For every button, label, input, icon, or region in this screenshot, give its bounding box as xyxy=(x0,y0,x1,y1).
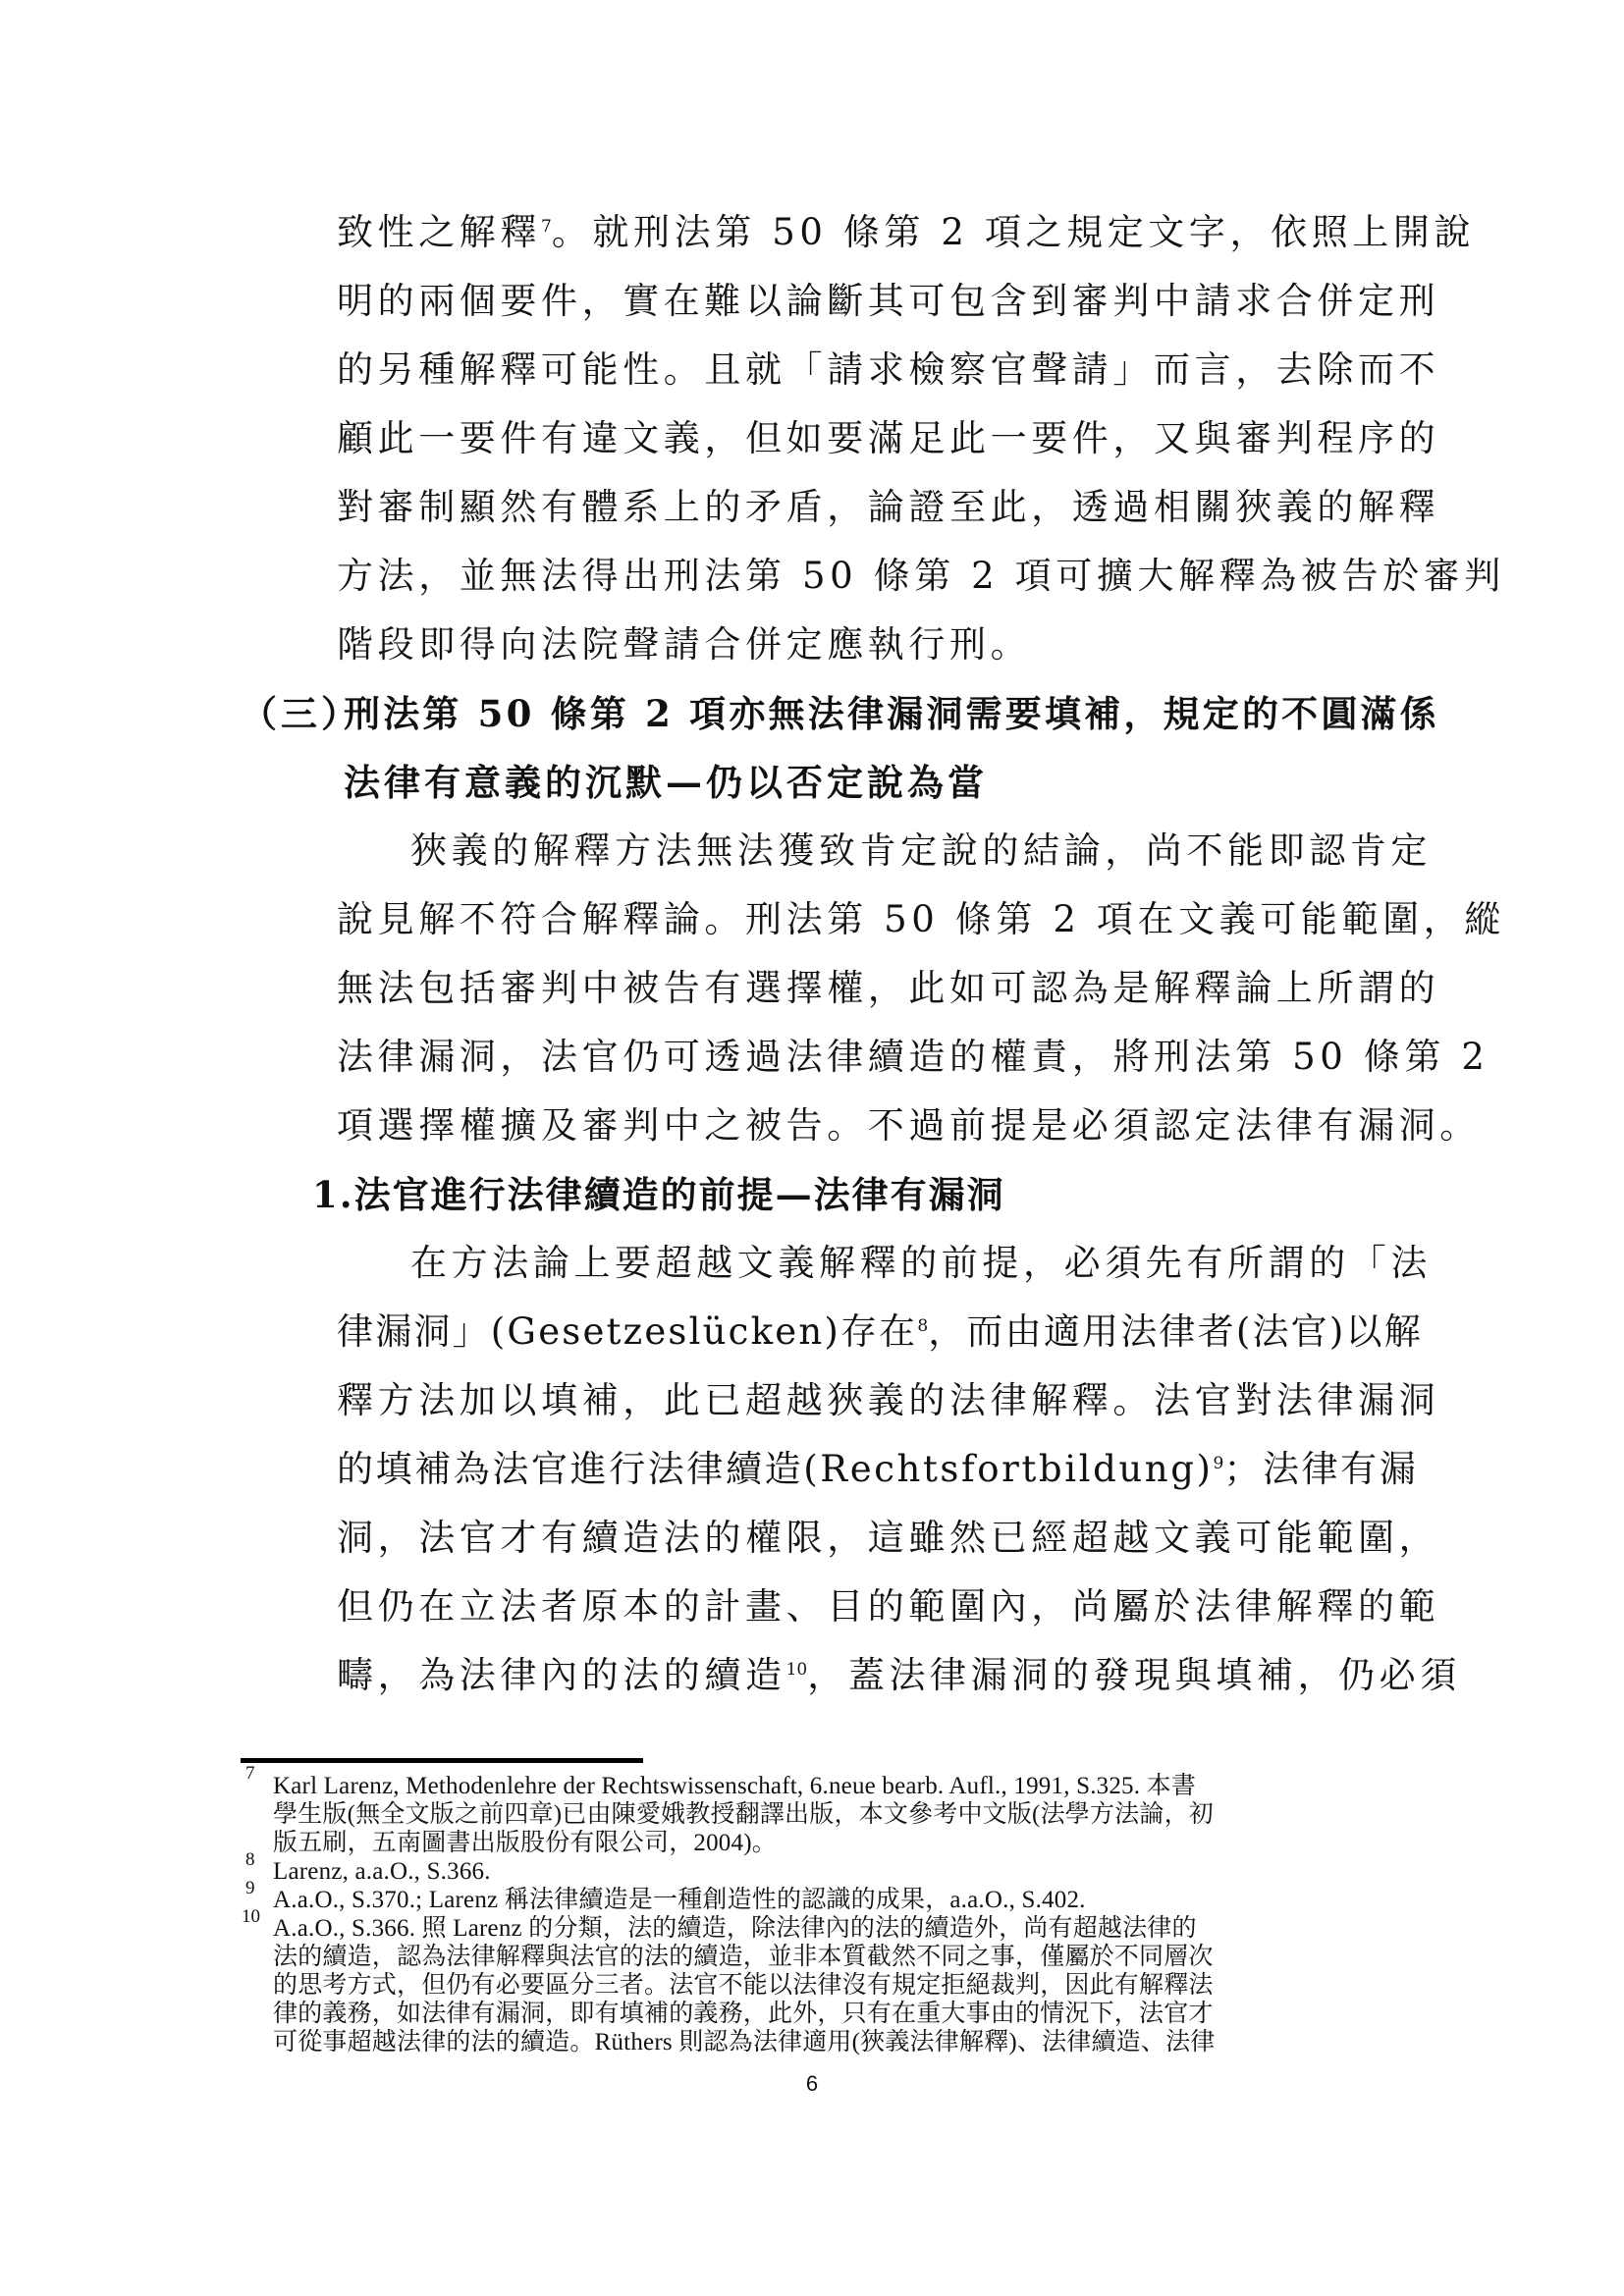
body-line: 方法，並無法得出刑法第 50 條第 2 項可擴大解釋為被告於審判 xyxy=(337,552,1385,601)
footnote-7-line: 版五刷，五南圖書出版股份有限公司，2004)。 xyxy=(273,1830,1392,1856)
body-line: 狹義的解釋方法無法獲致肯定說的結論，尚不能即認肯定 xyxy=(410,827,1385,876)
footnote-8-line: Larenz, a.a.O., S.366. xyxy=(273,1858,1392,1885)
body-line: 法律漏洞，法官仍可透過法律續造的權責，將刑法第 50 條第 2 xyxy=(337,1033,1385,1082)
body-line: 釋方法加以填補，此已超越狹義的法律解釋。法官對法律漏洞 xyxy=(337,1376,1385,1425)
footnote-7-line: Karl Larenz, Methodenlehre der Rechtswis… xyxy=(273,1773,1392,1799)
subsection-heading: 1.法官進行法律續造的前提—法律有漏洞 xyxy=(312,1170,1005,1219)
section-heading-title-cont: 法律有意義的沉默—仍以否定說為當 xyxy=(344,758,988,807)
body-line: 致性之解釋7。就刑法第 50 條第 2 項之規定文字，依照上開說 xyxy=(337,208,1385,257)
body-line: 的填補為法官進行法律續造(Rechtsfortbildung)9；法律有漏 xyxy=(337,1445,1385,1494)
footnote-number: 9 xyxy=(245,1878,255,1899)
body-line: 無法包括審判中被告有選擇權，此如可認為是解釋論上所謂的 xyxy=(337,964,1385,1013)
footnote-number: 7 xyxy=(245,1763,255,1785)
page-number: 6 xyxy=(0,2071,1624,2097)
footnote-ref-9[interactable]: 9 xyxy=(1214,1454,1224,1473)
body-line: 在方法論上要超越文義解釋的前提，必須先有所謂的「法 xyxy=(410,1239,1385,1288)
footnote-7-line: 學生版(無全文版之前四章)已由陳愛娥教授翻譯出版，本文參考中文版(法學方法論，初 xyxy=(273,1801,1392,1828)
footnote-10-line: 的思考方式，但仍有必要區分三者。法官不能以法律沒有規定拒絕裁判，因此有解釋法 xyxy=(273,1972,1392,1999)
footnote-ref-8[interactable]: 8 xyxy=(917,1316,928,1336)
footnote-ref-7[interactable]: 7 xyxy=(541,217,552,237)
body-line: 律漏洞」(Gesetzeslücken)存在8，而由適用法律者(法官)以解 xyxy=(337,1308,1385,1357)
footnote-10-line: A.a.O., S.366. 照 Larenz 的分類，法的續造，除法律內的法的… xyxy=(273,1915,1392,1942)
body-line: 的另種解釋可能性。且就「請求檢察官聲請」而言，去除而不 xyxy=(337,346,1385,395)
body-line: 對審制顯然有體系上的矛盾，論證至此，透過相關狹義的解釋 xyxy=(337,483,1385,532)
footnote-separator xyxy=(241,1758,643,1763)
body-line: 疇，為法律內的法的續造10，蓋法律漏洞的發現與填補，仍必須 xyxy=(337,1651,1385,1700)
body-line: 項選擇權擴及審判中之被告。不過前提是必須認定法律有漏洞。 xyxy=(337,1101,1385,1150)
footnote-9-line: A.a.O., S.370.; Larenz 稱法律續造是一種創造性的認識的成果… xyxy=(273,1887,1392,1913)
footnote-10-line: 可從事超越法律的法的續造。Rüthers 則認為法律適用(狹義法律解釋)、法律續… xyxy=(273,2029,1392,2056)
footnote-number: 10 xyxy=(242,1906,260,1928)
footnote-number: 8 xyxy=(245,1849,255,1871)
footnote-10-line: 法的續造，認為法律解釋與法官的法的續造，並非本質截然不同之事，僅屬於不同層次 xyxy=(273,1944,1392,1970)
footnote-ref-10[interactable]: 10 xyxy=(786,1660,808,1680)
section-heading-title: 刑法第 50 條第 2 項亦無法律漏洞需要填補，規定的不圓滿係 xyxy=(344,689,1439,738)
body-line: 顧此一要件有違文義，但如要滿足此一要件，又與審判程序的 xyxy=(337,414,1385,463)
body-line: 階段即得向法院聲請合併定應執行刑。 xyxy=(337,620,1385,669)
body-line: 但仍在立法者原本的計畫、目的範圍內，尚屬於法律解釋的範 xyxy=(337,1582,1385,1631)
footnote-10-line: 律的義務，如法律有漏洞，即有填補的義務，此外，只有在重大事由的情況下，法官才 xyxy=(273,2001,1392,2027)
body-line: 說見解不符合解釋論。刑法第 50 條第 2 項在文義可能範圍，縱 xyxy=(337,895,1385,944)
body-line: 明的兩個要件，實在難以論斷其可包含到審判中請求合併定刑 xyxy=(337,277,1385,326)
body-line: 洞，法官才有續造法的權限，這雖然已經超越文義可能範圍， xyxy=(337,1514,1385,1563)
